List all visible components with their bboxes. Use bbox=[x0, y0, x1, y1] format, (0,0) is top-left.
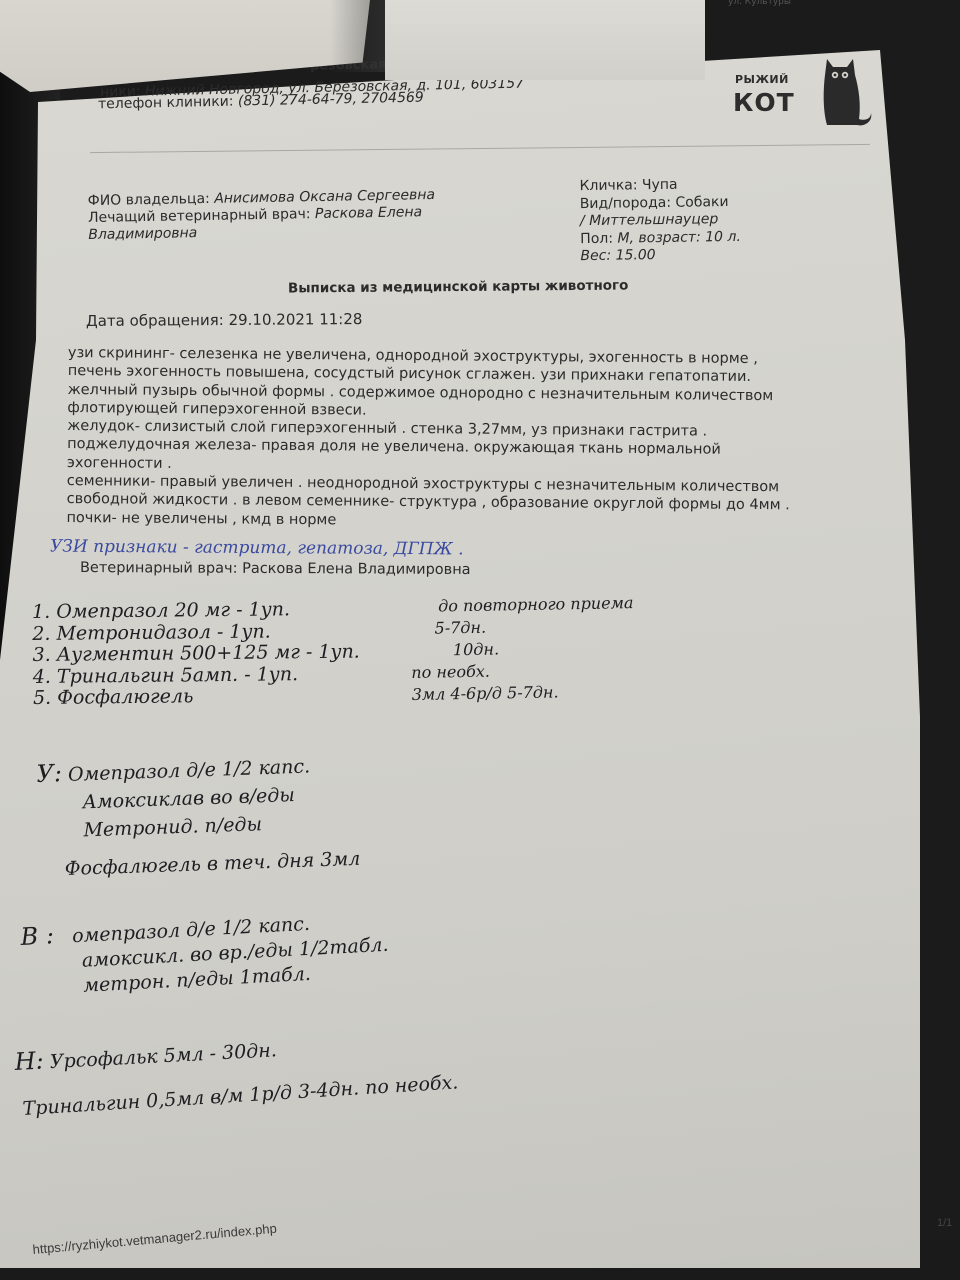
doctor-label: Лечащий ветеринарный врач: bbox=[88, 206, 311, 226]
prescription-durations: до повторного приема 5-7дн. 10дн. по нео… bbox=[410, 593, 607, 706]
clinic-phone-label: телефон клиники: bbox=[98, 94, 234, 113]
vet-signature: Ветеринарный врач: Раскова Елена Владими… bbox=[80, 560, 471, 578]
species-label: Вид/порода: bbox=[580, 194, 671, 211]
morning-schedule: У: Омепразол д/е 1/2 капс. Амоксиклав во… bbox=[36, 749, 361, 884]
pet-name-label: Кличка: bbox=[579, 177, 637, 194]
species-value: Собаки bbox=[675, 194, 728, 211]
visit-date: Дата обращения: 29.10.2021 11:28 bbox=[86, 310, 363, 330]
schedule-line: Урсофальк 5мл - 30дн. bbox=[49, 1039, 277, 1073]
logo-text-line2: КОТ bbox=[733, 88, 795, 117]
night-schedule: Н: Урсофальк 5мл - 30дн. bbox=[14, 1034, 277, 1076]
prescription-list: 1. Омепразол 20 мг - 1уп. 2. Метронидазо… bbox=[32, 599, 360, 710]
sex-value: М, bbox=[617, 230, 634, 246]
document-title: Выписка из медицинской карты животного bbox=[288, 278, 628, 297]
visit-date-value: 29.10.2021 11:28 bbox=[228, 310, 362, 329]
prescription-duration: 3мл 4-6р/д 5-7дн. bbox=[412, 681, 608, 706]
clinic-logo: РЫЖИЙ КОТ bbox=[733, 55, 873, 135]
header-divider bbox=[90, 144, 870, 153]
paper-shadow bbox=[330, 0, 390, 72]
prescription-item: 5. Фосфалюгель bbox=[33, 685, 360, 710]
page-number: 1/1 bbox=[937, 1217, 952, 1229]
logo-text-line1: РЫЖИЙ bbox=[735, 73, 789, 86]
print-footer-url: https://ryzhiykot.vetmanager2.ru/index.p… bbox=[32, 1221, 277, 1257]
pet-block: Кличка: Чупа Вид/порода: Собаки / Миттел… bbox=[579, 176, 741, 266]
sex-label: Пол: bbox=[580, 230, 613, 246]
night-label: Н: bbox=[14, 1046, 44, 1075]
breed-value: / Миттельшнауцер bbox=[580, 211, 741, 231]
age-label: возраст: bbox=[638, 229, 701, 246]
owner-block: ФИО владельца: Анисимова Оксана Сергеевн… bbox=[88, 187, 436, 244]
ultrasound-findings: узи скрининг- селезенка не увеличена, од… bbox=[66, 344, 791, 533]
medical-record-document: резовская ники: Нижний Новгород, ул. Бер… bbox=[0, 0, 960, 1280]
morning-label: У: bbox=[36, 759, 62, 788]
prescription-item: 3. Аугментин 500+125 мг - 1уп. bbox=[32, 642, 359, 667]
pet-name: Чупа bbox=[642, 177, 678, 193]
owner-label: ФИО владельца: bbox=[88, 191, 210, 209]
handwritten-conclusion: УЗИ признаки - гастрита, гепатоза, ДГПЖ … bbox=[50, 537, 464, 560]
evening-schedule: В : омепразол д/е 1/2 капс. амоксикл. во… bbox=[20, 906, 390, 1002]
corner-address-fragment: ул. Культуры bbox=[728, 0, 791, 7]
vet-signature-name: Раскова Елена Владимировна bbox=[242, 561, 471, 578]
clinic-phone-value: (831) 274-64-79, 2704569 bbox=[238, 90, 424, 110]
overlapping-receipt bbox=[385, 0, 705, 80]
weight-label: Вес: bbox=[580, 248, 611, 264]
doctor-name: Раскова Елена bbox=[315, 204, 422, 222]
vet-signature-label: Ветеринарный врач: bbox=[80, 560, 238, 577]
age-value: 10 л. bbox=[705, 228, 741, 244]
weight-value: 15.00 bbox=[615, 247, 655, 264]
evening-label: В : bbox=[20, 921, 55, 951]
prescription-duration: 10дн. bbox=[453, 636, 649, 661]
visit-date-label: Дата обращения: bbox=[86, 311, 224, 330]
schedule-line: Фосфалюгель в теч. дня 3мл bbox=[39, 845, 360, 884]
black-cat-icon bbox=[813, 55, 873, 130]
extra-prescription: Тринальгин 0,5мл в/м 1р/д 3-4дн. по необ… bbox=[22, 1071, 459, 1120]
